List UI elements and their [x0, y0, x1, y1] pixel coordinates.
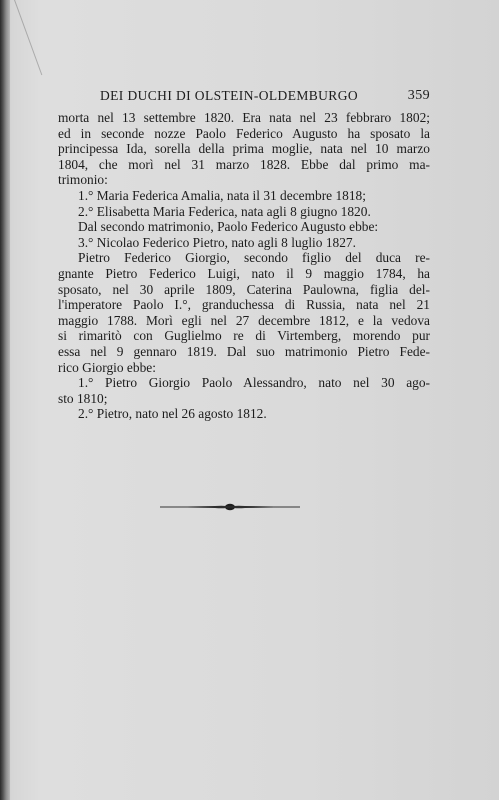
- text-line: ed in seconde nozze Paolo Federico Augus…: [58, 126, 430, 142]
- page-header: DEI DUCHI DI OLSTEIN-OLDEMBURGO 359: [100, 88, 430, 106]
- text-line: rico Giorgio ebbe:: [58, 360, 430, 376]
- text-line: Dal secondo matrimonio, Paolo Federico A…: [58, 219, 430, 235]
- text-line: sto 1810;: [58, 391, 430, 407]
- list-item: 2.° Pietro, nato nel 26 agosto 1812.: [58, 406, 430, 422]
- list-item: 2.° Elisabetta Maria Federica, nata agli…: [58, 204, 430, 220]
- text-line: 1804, che morì nel 31 marzo 1828. Ebbe d…: [58, 157, 430, 173]
- list-item: 1.° Maria Federica Amalia, nata il 31 de…: [58, 188, 430, 204]
- running-title: DEI DUCHI DI OLSTEIN-OLDEMBURGO: [100, 88, 358, 104]
- book-page: DEI DUCHI DI OLSTEIN-OLDEMBURGO 359 mort…: [0, 0, 499, 800]
- text-line: maggio 1788. Morì egli nel 27 decembre 1…: [58, 313, 430, 329]
- text-line: morta nel 13 settembre 1820. Era nata ne…: [58, 110, 430, 126]
- decorative-divider-icon: [160, 497, 300, 507]
- text-line: gnante Pietro Federico Luigi, nato il 9 …: [58, 266, 430, 282]
- book-spine-shadow: [0, 0, 10, 800]
- body-text: morta nel 13 settembre 1820. Era nata ne…: [58, 110, 430, 422]
- text-line: sposato, nel 30 aprile 1809, Caterina Pa…: [58, 282, 430, 298]
- page-number: 359: [408, 88, 430, 104]
- text-line: Pietro Federico Giorgio, secondo figlio …: [58, 250, 430, 266]
- text-line: principessa Ida, sorella della prima mog…: [58, 141, 430, 157]
- page-crease: [14, 0, 42, 75]
- text-line: l'imperatore Paolo I.°, granduchessa di …: [58, 297, 430, 313]
- text-line: essa nel 9 gennaro 1819. Dal suo matrimo…: [58, 344, 430, 360]
- list-item: 1.° Pietro Giorgio Paolo Alessandro, nat…: [58, 375, 430, 391]
- list-item: 3.° Nicolao Federico Pietro, nato agli 8…: [58, 235, 430, 251]
- text-line: si rimaritò con Guglielmo re di Virtembe…: [58, 328, 430, 344]
- text-line: trimonio:: [58, 172, 430, 188]
